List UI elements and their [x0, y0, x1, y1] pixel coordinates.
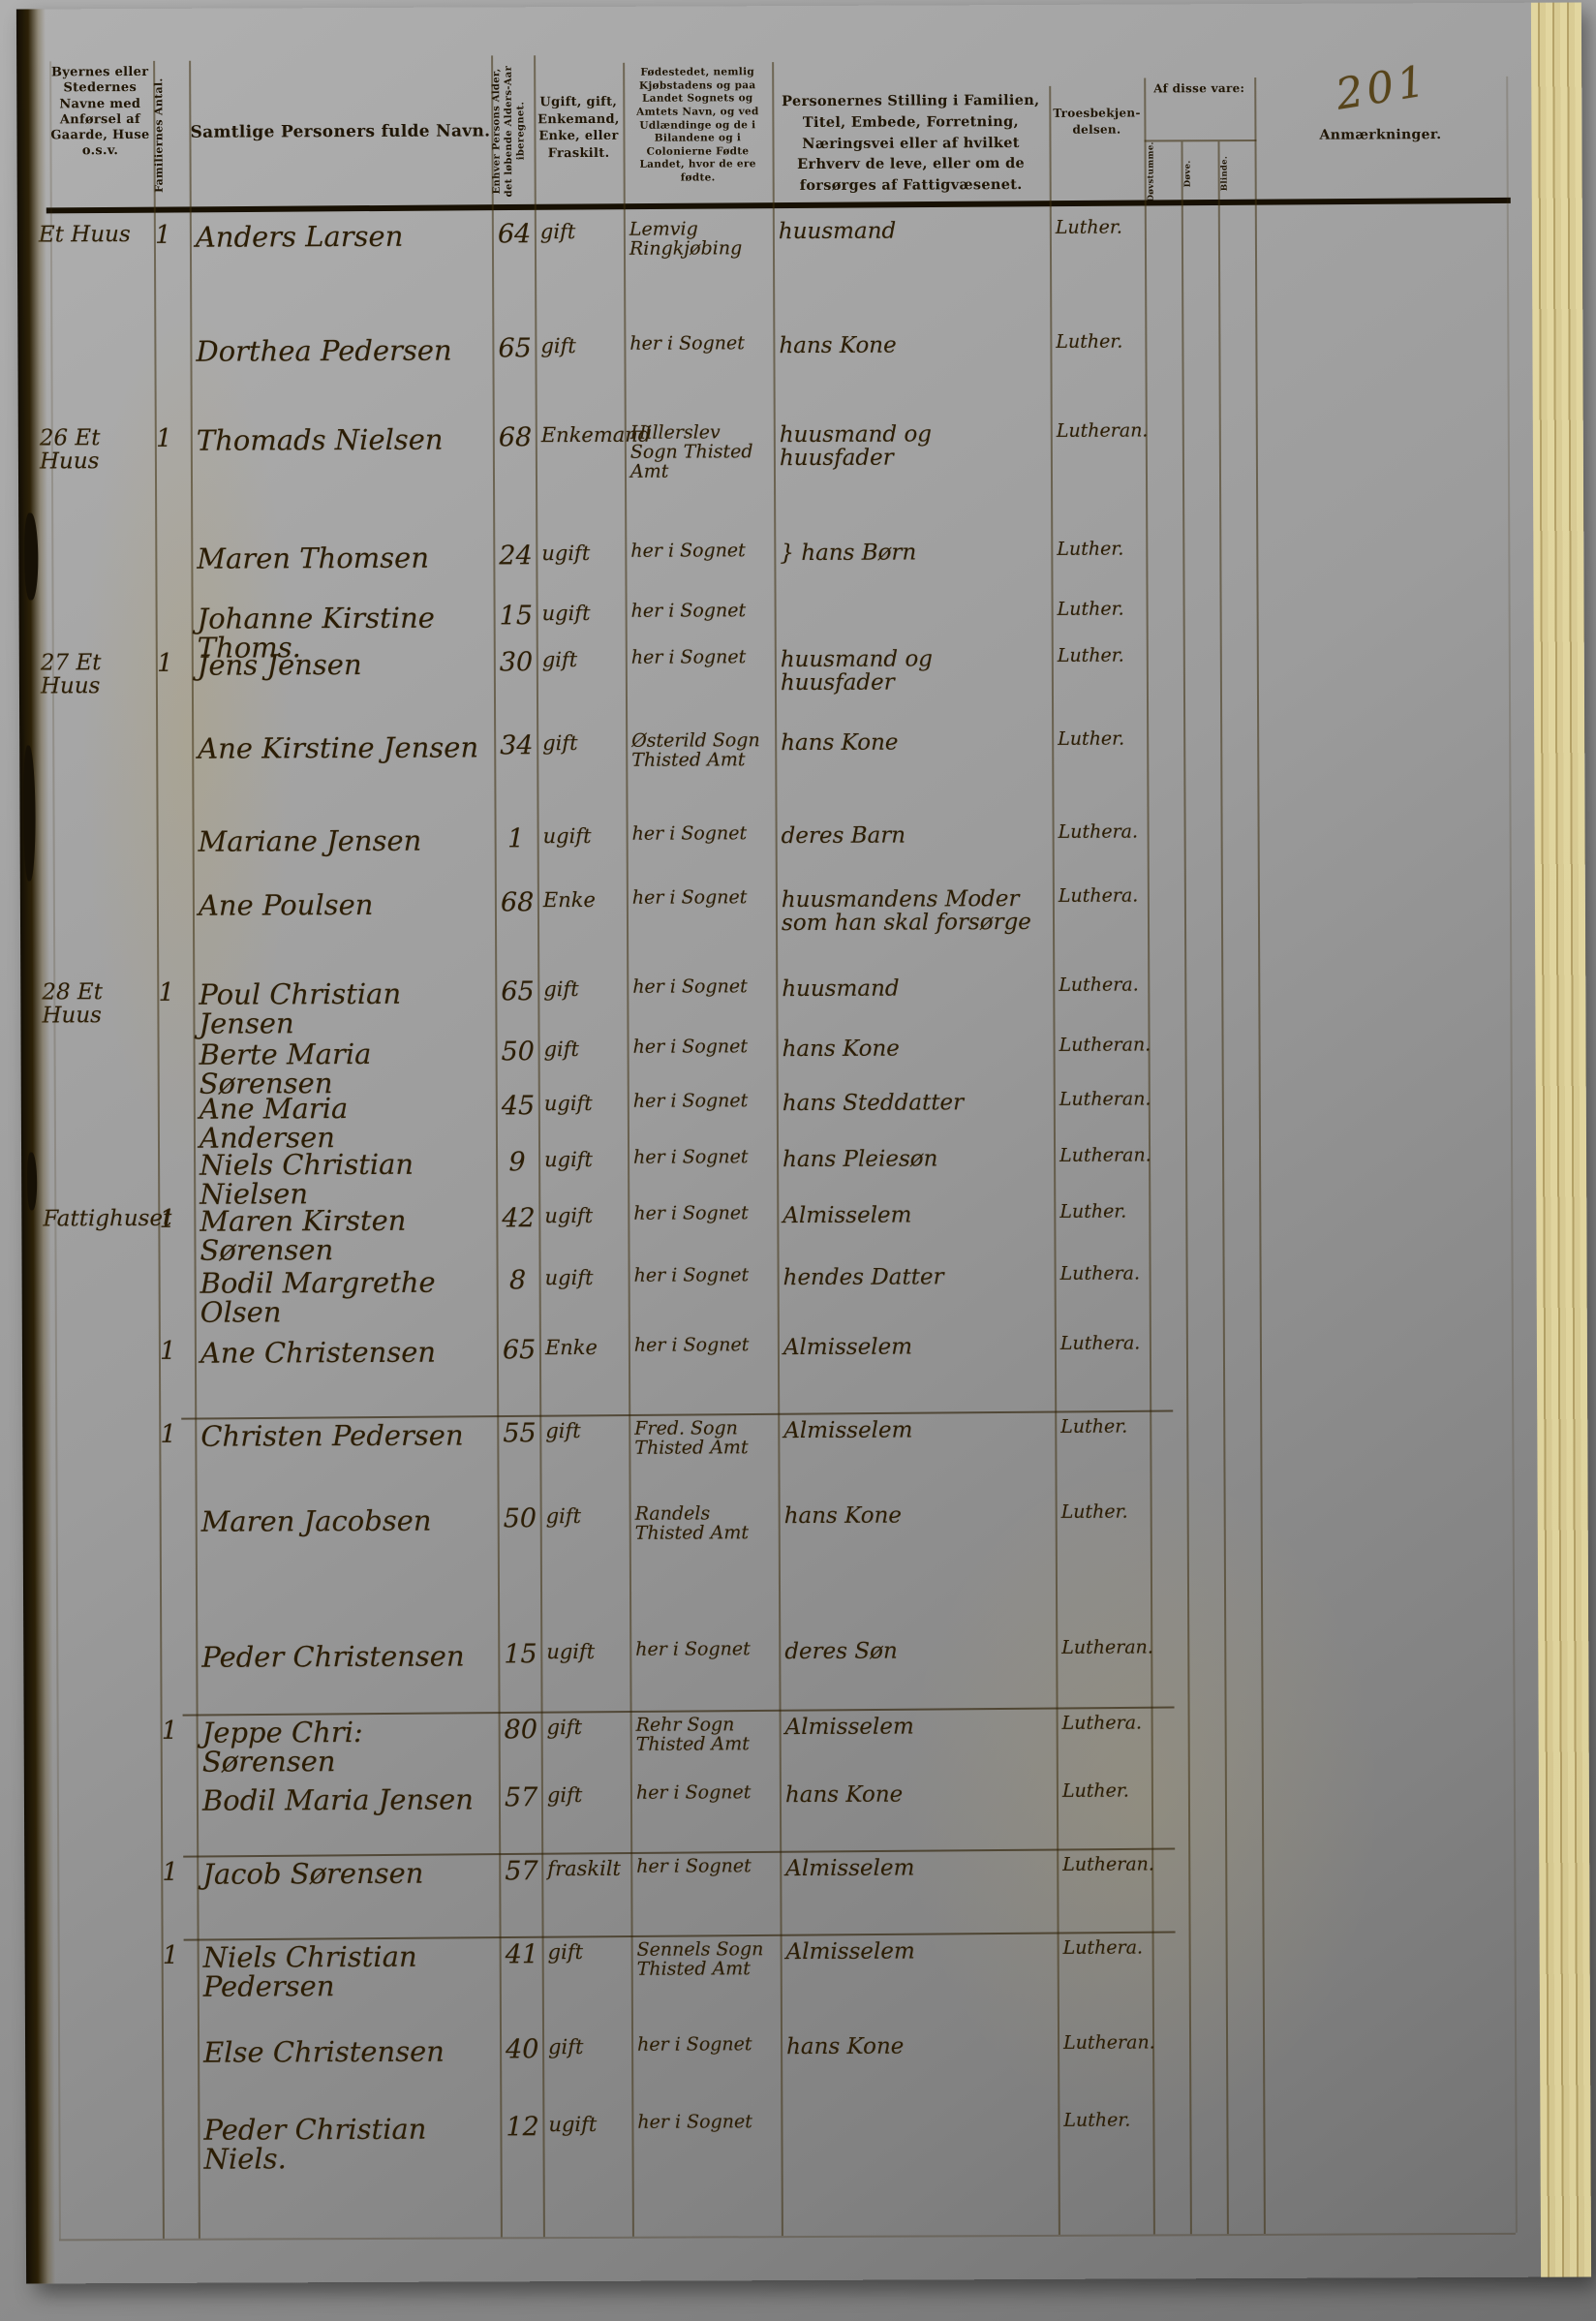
- cell-remarks: [1257, 641, 1509, 646]
- cell-marital: ugift: [540, 1637, 629, 1662]
- table-row: Peder Christensen 15 ugift her i Sognet …: [56, 1633, 1513, 1716]
- cell-birthplace: her i Sognet: [627, 884, 776, 909]
- cell-deafmute: [1149, 1142, 1185, 1146]
- cell-birthplace: her i Sognet: [628, 1088, 777, 1112]
- cell-remarks: [1261, 1498, 1513, 1502]
- cell-place: [41, 2112, 144, 2116]
- cell-remarks: [1263, 2106, 1515, 2111]
- cell-age: 68: [495, 885, 537, 917]
- cell-families: 1: [137, 219, 190, 250]
- cell-families: [138, 730, 192, 734]
- cell-deaf: [1185, 1142, 1222, 1146]
- cell-place: [33, 333, 137, 337]
- cell-position: } hans Børn: [774, 537, 1051, 565]
- cell-place: [36, 887, 139, 891]
- cell-families: 1: [144, 1939, 198, 1970]
- cell-name: Bodil Margrethe Olsen: [195, 1263, 497, 1327]
- cell-families: [142, 1503, 196, 1507]
- table-row: 1 Ane Christensen 65 Enke her i Sognet A…: [55, 1329, 1512, 1419]
- cell-birthplace: her i Sognet: [626, 644, 775, 668]
- cell-deaf: [1185, 1032, 1222, 1036]
- table-row: Niels Christian Nielsen 9 ugift her i So…: [54, 1141, 1511, 1204]
- table-row: 1 Christen Pedersen 55 gift Fred. Sogn T…: [55, 1412, 1512, 1504]
- cell-remarks: [1256, 417, 1508, 421]
- cell-deaf: [1187, 1634, 1224, 1638]
- cell-name: Peder Christian Niels.: [198, 2110, 500, 2174]
- table-row: Fattighuset 1 Maren Kirsten Sørensen 42 …: [54, 1197, 1511, 1266]
- cell-religion: Luther.: [1054, 1198, 1149, 1222]
- cell-blind: [1223, 1413, 1260, 1417]
- cell-families: 1: [143, 1715, 197, 1746]
- cell-deaf: [1184, 972, 1221, 975]
- binding-edge: [16, 9, 55, 2283]
- cell-families: [139, 823, 193, 827]
- header-families: Familiernes Antal.: [152, 65, 190, 205]
- cell-religion: Luther.: [1052, 642, 1147, 665]
- cell-blind: [1226, 2107, 1263, 2111]
- header-remarks: Anmærkninger.: [1254, 127, 1506, 143]
- cell-families: [140, 1147, 194, 1151]
- cell-deaf: [1188, 1710, 1225, 1714]
- cell-name: Niels Christian Nielsen: [194, 1145, 496, 1209]
- cell-blind: [1221, 882, 1258, 886]
- cell-remarks: [1263, 1934, 1515, 1938]
- cell-deafmute: [1148, 882, 1184, 886]
- cell-deafmute: [1151, 1634, 1187, 1638]
- cell-position: [781, 2108, 1058, 2113]
- cell-families: [138, 601, 192, 604]
- cell-position: hans Kone: [775, 727, 1052, 755]
- cell-age: 15: [498, 1637, 540, 1669]
- cell-families: 1: [138, 647, 192, 678]
- cell-name: Mariane Jensen: [193, 821, 495, 856]
- cell-deafmute: [1152, 1934, 1189, 1938]
- cell-marital: Enkemand: [536, 420, 625, 446]
- cell-remarks: [1257, 595, 1509, 600]
- cell-deafmute: [1150, 1413, 1186, 1417]
- cell-position: huusmand: [773, 215, 1050, 243]
- table-row: 1 Jacob Sørensen 57 fraskilt her i Sogne…: [57, 1850, 1514, 1940]
- table-row: 1 Jeppe Chri: Sørensen 80 gift Rehr Sogn…: [57, 1709, 1514, 1783]
- cell-place: [35, 601, 138, 604]
- cell-marital: gift: [542, 1937, 631, 1963]
- cell-deaf: [1186, 1413, 1223, 1417]
- cell-age: 40: [500, 2032, 542, 2064]
- cell-age: 65: [497, 1333, 539, 1365]
- cell-place: Fattighuset: [37, 1203, 140, 1231]
- cell-age: 65: [492, 331, 535, 363]
- cell-age: 42: [496, 1201, 538, 1233]
- cell-position: Almisselem: [778, 1331, 1055, 1359]
- cell-blind: [1222, 1142, 1259, 1146]
- cell-age: 24: [493, 539, 536, 571]
- cell-birthplace: her i Sognet: [631, 2031, 781, 2056]
- cell-name: Ane Christensen: [195, 1333, 497, 1368]
- cell-position: hans Kone: [777, 1033, 1054, 1061]
- cell-place: [41, 2034, 144, 2038]
- cell-deaf: [1183, 642, 1220, 646]
- cell-name: Christen Pedersen: [195, 1416, 497, 1451]
- cell-remarks: [1256, 535, 1508, 540]
- cell-families: [138, 541, 191, 544]
- cell-name: Ane Poulsen: [193, 885, 495, 920]
- cell-religion: Luther.: [1056, 1499, 1151, 1522]
- table-row: Ane Maria Andersen 45 ugift her i Sognet…: [54, 1085, 1511, 1148]
- cell-deafmute: [1145, 214, 1182, 218]
- cell-deafmute: [1151, 1499, 1187, 1502]
- cell-families: [143, 1782, 197, 1786]
- cell-age: 68: [493, 420, 536, 452]
- cell-families: [142, 1639, 196, 1643]
- cell-marital: Enke: [539, 1333, 629, 1358]
- cell-deaf: [1183, 596, 1220, 600]
- cell-place: Et Huus: [33, 219, 137, 247]
- cell-birthplace: Rehr Sogn Thisted Amt: [630, 1712, 780, 1755]
- cell-birthplace: Østerild Sogn Thisted Amt: [626, 727, 775, 771]
- cell-name: Maren Thomsen: [191, 539, 493, 573]
- cell-deaf: [1182, 536, 1219, 540]
- cell-remarks: [1255, 327, 1507, 332]
- cell-remarks: [1258, 882, 1510, 886]
- cell-deaf: [1184, 882, 1221, 886]
- cell-age: 30: [494, 645, 537, 677]
- cell-deaf: [1183, 726, 1220, 729]
- cell-remarks: [1255, 213, 1507, 218]
- cell-blind: [1224, 1634, 1261, 1638]
- cell-marital: gift: [539, 1416, 629, 1441]
- cell-religion: Luther.: [1052, 596, 1147, 619]
- cell-families: 1: [140, 1203, 194, 1234]
- cell-families: 1: [141, 1335, 195, 1366]
- cell-place: [40, 1715, 143, 1718]
- cell-name: Poul Christian Jensen: [193, 975, 495, 1038]
- cell-marital: gift: [541, 1780, 630, 1806]
- cell-deafmute: [1146, 536, 1182, 540]
- paper-page: 201 Byernes eller Stedernes Navne med An…: [20, 2, 1591, 2283]
- cell-place: [37, 1091, 140, 1095]
- cell-age: 65: [495, 975, 537, 1006]
- cell-families: 1: [143, 1856, 197, 1887]
- cell-deaf: [1188, 1778, 1225, 1781]
- table-row: Else Christensen 40 gift her i Sognet ha…: [58, 2028, 1515, 2113]
- cell-families: [144, 2112, 198, 2116]
- cell-age: 15: [494, 599, 537, 631]
- cell-deafmute: [1150, 1260, 1186, 1264]
- cell-religion: Lutheran.: [1054, 1032, 1149, 1055]
- cell-deafmute: [1147, 642, 1183, 646]
- cell-religion: Lutheran.: [1058, 2029, 1152, 2053]
- table-row: Johanne Kirstine Thoms. 15 ugift her i S…: [52, 595, 1509, 648]
- cell-position: hans Kone: [780, 1779, 1057, 1807]
- table-row: 27 Et Huus 1 Jens Jensen 30 gift her i S…: [52, 641, 1509, 731]
- cell-marital: fraskilt: [541, 1854, 630, 1879]
- cell-marital: gift: [537, 728, 626, 754]
- cell-place: 26 Et Huus: [34, 422, 138, 474]
- census-scan: 201 Byernes eller Stedernes Navne med An…: [0, 0, 1596, 2321]
- cell-age: 50: [498, 1501, 540, 1533]
- cell-deafmute: [1149, 1086, 1185, 1090]
- cell-deafmute: [1152, 2107, 1189, 2111]
- cell-religion: Lutheran.: [1051, 418, 1146, 441]
- cell-birthplace: her i Sognet: [629, 1332, 778, 1356]
- cell-blind: [1224, 1499, 1261, 1502]
- cell-age: 55: [497, 1416, 539, 1448]
- cell-name: Bodil Maria Jensen: [197, 1780, 499, 1815]
- cell-birthplace: Lemvig Ringkjøbing: [624, 216, 773, 260]
- cell-families: [137, 333, 190, 337]
- cell-religion: Luther.: [1055, 1413, 1150, 1437]
- cell-deafmute: [1147, 596, 1183, 600]
- header-blind: Blinde.: [1220, 145, 1253, 201]
- cell-blind: [1225, 1778, 1262, 1781]
- cell-position: Almisselem: [778, 1414, 1055, 1442]
- cell-blind: [1220, 596, 1257, 600]
- cell-deafmute: [1152, 2029, 1189, 2033]
- cell-place: 27 Et Huus: [35, 647, 138, 698]
- cell-name: Else Christensen: [198, 2032, 500, 2067]
- cell-place: [41, 1939, 144, 1943]
- cell-blind: [1223, 1260, 1260, 1264]
- cell-place: [39, 1503, 142, 1507]
- cell-religion: Luther.: [1050, 214, 1145, 237]
- cell-deaf: [1189, 2107, 1226, 2111]
- cell-age: 12: [500, 2110, 542, 2142]
- cell-position: hendes Datter: [778, 1261, 1055, 1289]
- cell-remarks: [1258, 971, 1510, 975]
- cell-marital: gift: [537, 975, 627, 1000]
- cell-birthplace: her i Sognet: [630, 1779, 780, 1804]
- cell-religion: Luther.: [1052, 726, 1147, 749]
- cell-place: [36, 823, 139, 827]
- cell-name: Ane Maria Andersen: [194, 1089, 496, 1153]
- cell-families: 1: [138, 422, 191, 453]
- cell-religion: Luthera.: [1058, 1934, 1152, 1958]
- cell-position: huusmand: [776, 973, 1053, 1001]
- cell-blind: [1225, 1710, 1262, 1714]
- cell-remarks: [1259, 1197, 1511, 1202]
- cell-blind: [1221, 819, 1258, 822]
- cell-name: Jeppe Chri: Sørensen: [197, 1713, 499, 1777]
- cell-name: Niels Christian Pedersen: [198, 1937, 500, 2001]
- cell-deaf: [1184, 819, 1221, 822]
- cell-place: [37, 1037, 140, 1040]
- cell-marital: gift: [540, 1501, 629, 1527]
- table-row: Berte Maria Sørensen 50 gift her i Sogne…: [54, 1031, 1511, 1092]
- grid-line: [1144, 139, 1256, 142]
- cell-religion: Luthera.: [1055, 1260, 1150, 1284]
- cell-place: [38, 1418, 141, 1422]
- cell-religion: Lutheran.: [1057, 1851, 1151, 1874]
- cell-position: huusmandens Moder som han skal forsørge: [776, 883, 1053, 936]
- cell-deaf: [1185, 1198, 1222, 1202]
- cell-blind: [1218, 214, 1255, 218]
- cell-blind: [1221, 972, 1258, 975]
- cell-religion: Lutheran.: [1056, 1634, 1151, 1657]
- cell-deafmute: [1149, 1032, 1185, 1036]
- cell-families: [140, 1091, 194, 1095]
- cell-marital: gift: [535, 331, 624, 356]
- cell-place: [39, 1639, 142, 1643]
- table-row: Mariane Jensen 1 ugift her i Sognet dere…: [53, 818, 1510, 888]
- cell-position: Almisselem: [780, 1852, 1057, 1880]
- cell-remarks: [1262, 1777, 1514, 1781]
- cell-families: 1: [141, 1418, 195, 1449]
- cell-blind: [1225, 1851, 1262, 1855]
- cell-name: Ane Kirstine Jensen: [192, 728, 494, 763]
- cell-name: Peder Christensen: [196, 1637, 498, 1672]
- cell-birthplace: her i Sognet: [625, 538, 774, 562]
- records: Et Huus 1 Anders Larsen 64 gift Lemvig R…: [50, 213, 1516, 2181]
- cell-remarks: [1260, 1259, 1512, 1264]
- cell-position: Almisselem: [777, 1199, 1054, 1227]
- cell-blind: [1218, 328, 1255, 332]
- cell-place: [40, 1856, 143, 1860]
- cell-blind: [1226, 1934, 1263, 1938]
- table-row: Bodil Margrethe Olsen 8 ugift her i Sogn…: [55, 1259, 1512, 1336]
- cell-deafmute: [1146, 418, 1182, 421]
- cell-position: hans Kone: [779, 1500, 1056, 1528]
- header-deaf: Døve.: [1183, 145, 1216, 201]
- cell-remarks: [1263, 2028, 1515, 2033]
- cell-birthplace: Fred. Sogn Thisted Amt: [629, 1415, 778, 1459]
- cell-families: [140, 1037, 194, 1040]
- cell-marital: gift: [541, 1713, 630, 1738]
- cell-remarks: [1258, 818, 1510, 822]
- cell-birthplace: her i Sognet: [628, 1144, 777, 1168]
- cell-remarks: [1262, 1850, 1514, 1855]
- cell-marital: gift: [535, 217, 624, 242]
- cell-religion: Luther.: [1058, 2107, 1152, 2130]
- header-rule: [46, 198, 1511, 214]
- header-ofthese: Af disse vare:: [1144, 79, 1254, 99]
- cell-deafmute: [1145, 328, 1182, 332]
- cell-position: hans Kone: [773, 329, 1050, 357]
- cell-name: Jens Jensen: [192, 645, 494, 680]
- cell-marital: ugift: [542, 2110, 631, 2135]
- header-deafmute: Døvstumme.: [1147, 145, 1180, 201]
- cell-religion: Luthera.: [1053, 819, 1148, 842]
- cell-name: Jacob Sørensen: [197, 1854, 499, 1889]
- cell-birthplace: her i Sognet: [629, 1636, 779, 1660]
- cell-birthplace: her i Sognet: [631, 2109, 781, 2133]
- cell-remarks: [1261, 1633, 1513, 1638]
- table-row: Dorthea Pedersen 65 gift her i Sognet ha…: [50, 327, 1507, 423]
- table-row: Et Huus 1 Anders Larsen 64 gift Lemvig R…: [50, 213, 1508, 334]
- cell-place: [40, 1782, 143, 1786]
- table-row: 1 Niels Christian Pedersen 41 gift Senne…: [58, 1934, 1515, 2035]
- cell-marital: gift: [537, 645, 626, 670]
- cell-religion: Lutheran.: [1054, 1142, 1149, 1165]
- cell-age: 34: [494, 728, 537, 760]
- cell-blind: [1226, 2029, 1263, 2033]
- cell-remarks: [1259, 1085, 1511, 1090]
- header-name: Samtlige Personers fulde Navn.: [189, 121, 491, 141]
- cell-deafmute: [1151, 1851, 1188, 1855]
- cell-place: [35, 730, 138, 734]
- cell-blind: [1222, 1198, 1259, 1202]
- cell-position: Almisselem: [781, 1935, 1058, 1964]
- cell-blind: [1222, 1086, 1259, 1090]
- table-row: 26 Et Huus 1 Thomads Nielsen 68 Enkemand…: [51, 417, 1509, 542]
- cell-name: Anders Larsen: [190, 217, 492, 252]
- cell-name: Maren Jacobsen: [196, 1501, 498, 1536]
- cell-place: [34, 541, 138, 544]
- cell-deafmute: [1151, 1778, 1188, 1781]
- cell-marital: gift: [538, 1035, 628, 1060]
- grid-line: [59, 2233, 1516, 2242]
- cell-position: deres Søn: [779, 1635, 1056, 1663]
- cell-deafmute: [1147, 726, 1183, 729]
- cell-marital: ugift: [537, 821, 627, 847]
- cell-age: 8: [497, 1263, 539, 1295]
- cell-birthplace: Sennels Sogn Thisted Amt: [631, 1936, 781, 1980]
- cell-position: huusmand og huusfader: [774, 418, 1051, 471]
- table-row: Peder Christian Niels. 12 ugift her i So…: [58, 2106, 1515, 2181]
- cell-deafmute: [1148, 972, 1184, 975]
- cell-blind: [1219, 536, 1256, 540]
- cell-marital: gift: [542, 2032, 631, 2058]
- header-birthplace: Fødestedet, nemlig Kjøbstadens og paa La…: [625, 66, 771, 185]
- table-row: Ane Kirstine Jensen 34 gift Østerild Sog…: [52, 725, 1509, 824]
- cell-deaf: [1182, 418, 1219, 421]
- cell-families: [139, 887, 193, 891]
- cell-deaf: [1182, 328, 1218, 332]
- cell-remarks: [1257, 725, 1509, 729]
- table-row: 28 Et Huus 1 Poul Christian Jensen 65 gi…: [53, 971, 1510, 1037]
- cell-families: [141, 1265, 195, 1269]
- cell-age: 45: [496, 1089, 538, 1121]
- cell-place: [38, 1265, 141, 1269]
- cell-birthplace: her i Sognet: [629, 1262, 778, 1286]
- cell-deaf: [1186, 1260, 1223, 1264]
- header-position: Personernes Stilling i Familien, Titel, …: [776, 90, 1045, 197]
- cell-position: deres Barn: [776, 820, 1053, 848]
- cell-place: [37, 1147, 140, 1151]
- cell-age: 41: [500, 1937, 542, 1969]
- cell-remarks: [1260, 1329, 1512, 1334]
- cell-deaf: [1188, 1851, 1225, 1855]
- cell-religion: Luther.: [1057, 1778, 1151, 1801]
- header-age: Enhver Persons Alder, det løbende Alders…: [491, 57, 535, 204]
- cell-age: 57: [499, 1854, 541, 1886]
- cell-families: 1: [139, 976, 193, 1007]
- cell-position: hans Kone: [781, 2030, 1058, 2058]
- cell-deaf: [1189, 1934, 1226, 1938]
- cell-birthplace: Randels Thisted Amt: [629, 1501, 779, 1544]
- table-row: Maren Thomsen 24 ugift her i Sognet } ha…: [51, 535, 1508, 602]
- cell-name: Maren Kirsten Sørensen: [194, 1201, 496, 1265]
- cell-marital: ugift: [538, 1089, 628, 1114]
- cell-deafmute: [1149, 1198, 1185, 1202]
- cell-deaf: [1182, 214, 1218, 218]
- page-number: 201: [1333, 56, 1432, 120]
- cell-name: Thomads Nielsen: [191, 420, 493, 455]
- cell-religion: Luther.: [1051, 536, 1146, 559]
- cell-place: [38, 1335, 141, 1339]
- cell-deaf: [1185, 1086, 1222, 1090]
- cell-remarks: [1259, 1031, 1511, 1036]
- cell-birthplace: her i Sognet: [630, 1853, 780, 1877]
- cell-blind: [1219, 418, 1256, 421]
- cell-birthplace: her i Sognet: [628, 1034, 777, 1058]
- cell-religion: Luther.: [1050, 328, 1145, 352]
- cell-position: Almisselem: [780, 1711, 1057, 1739]
- cell-birthplace: Hillerslev Sogn Thisted Amt: [625, 419, 774, 481]
- cell-position: [775, 597, 1052, 602]
- cell-religion: Luthera.: [1053, 882, 1148, 906]
- cell-deaf: [1187, 1499, 1224, 1502]
- cell-marital: ugift: [538, 1145, 628, 1170]
